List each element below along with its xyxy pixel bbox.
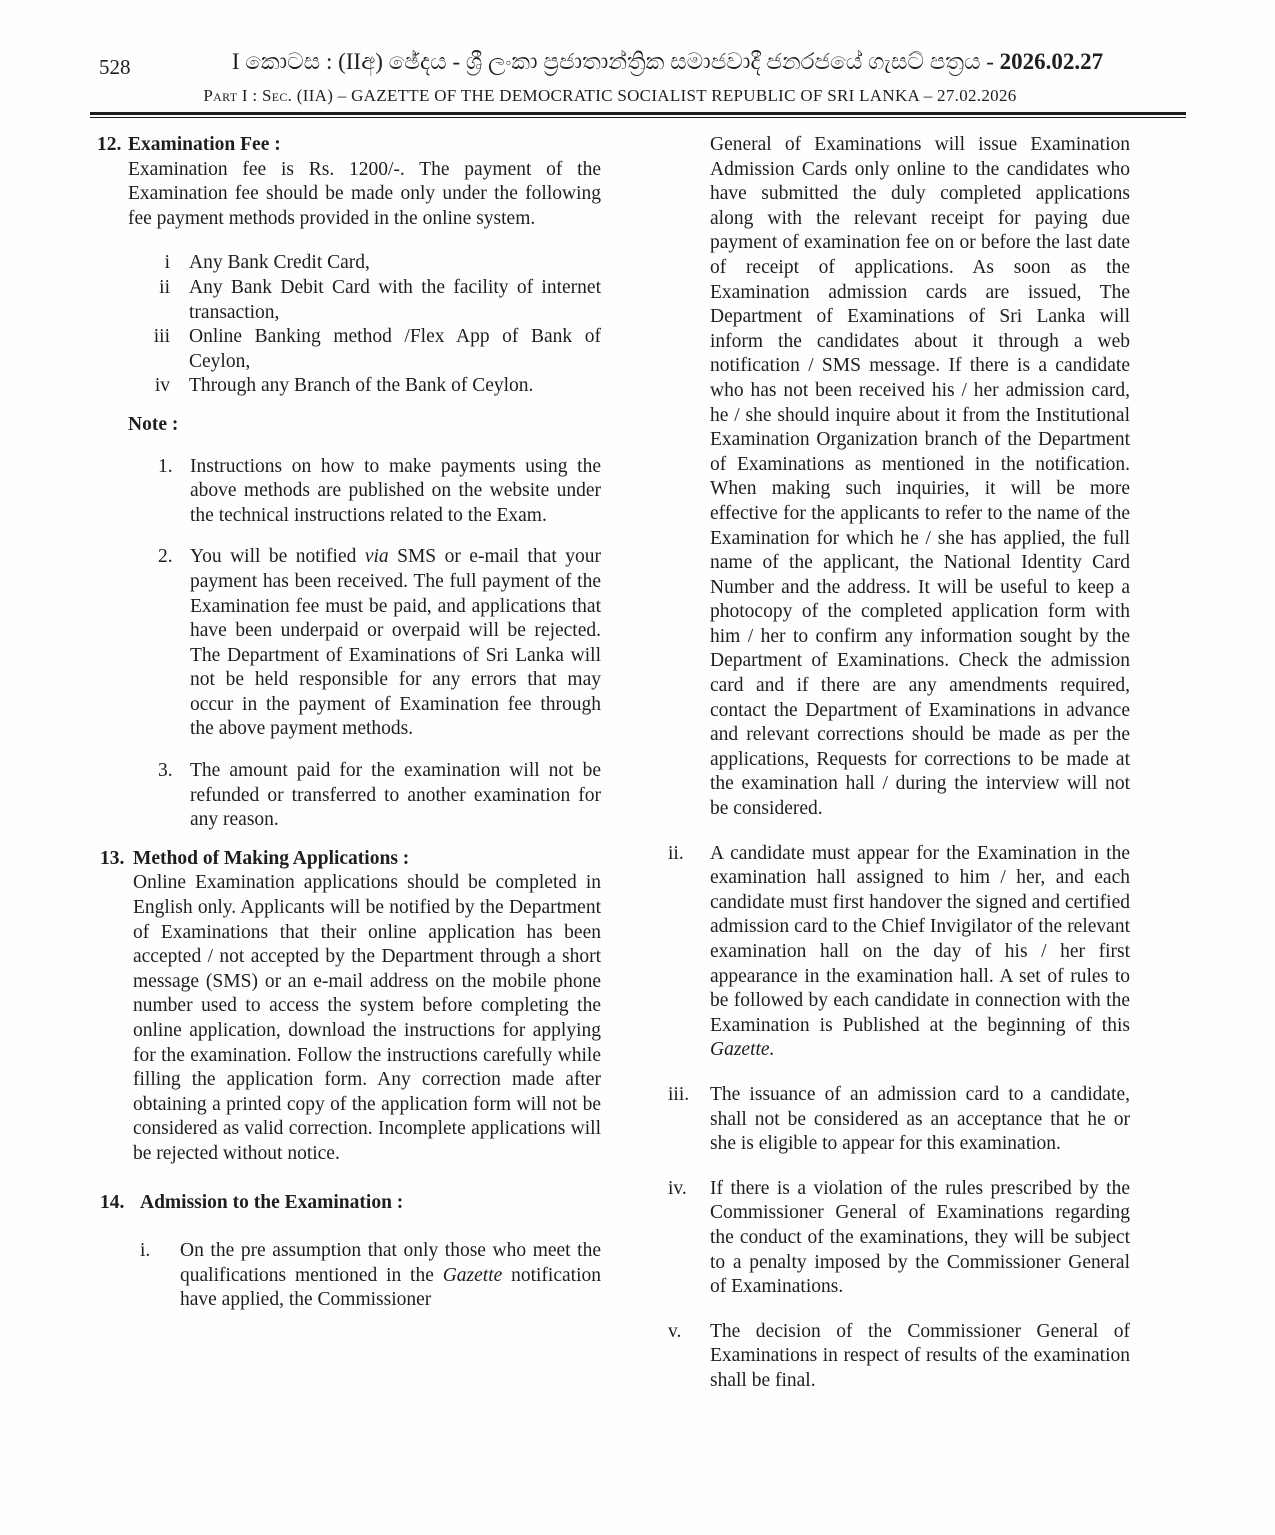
list-text: The decision of the Commissioner General… [710, 1320, 1130, 1394]
list-marker: ii [127, 276, 170, 301]
list-text: If there is a violation of the rules pre… [710, 1177, 1130, 1300]
note-marker: 3. [158, 759, 173, 784]
list-text: Through any Branch of the Bank of Ceylon… [189, 375, 533, 396]
list-marker: iv. [668, 1177, 687, 1202]
gazette-title-sinhala: I කොටස : (IIඅ) ඡේදය - ශ්‍රී ලංකා ප්‍රජාත… [120, 49, 1215, 75]
note-item: 1. Instructions on how to make payments … [97, 455, 601, 529]
note-text: Instructions on how to make payments usi… [190, 455, 601, 529]
list-marker: i. [140, 1239, 150, 1264]
list-marker: v. [668, 1320, 681, 1345]
header-double-rule [90, 112, 1186, 118]
italic-word: Gazette. [710, 1039, 774, 1060]
gazette-date-sinhala-line: 2026.02.27 [1000, 49, 1104, 74]
page-header: 528 I කොටස : (IIඅ) ඡේදය - ශ්‍රී ලංකා ප්‍… [0, 0, 1275, 132]
list-item: i Any Bank Credit Card, [97, 251, 601, 276]
list-text: A candidate must appear for the Examinat… [710, 842, 1130, 1063]
note-text: You will be notified via SMS or e-mail t… [190, 545, 601, 742]
list-item: iii Online Banking method /Flex App of B… [97, 325, 601, 374]
gazette-title-english: Part I : Sec. (IIA) – GAZETTE OF THE DEM… [0, 86, 1220, 106]
admission-item-iv: iv. If there is a violation of the rules… [668, 1177, 1130, 1300]
note-text-part: You will be notified [190, 546, 365, 567]
section-13-paragraph: Online Examination applications should b… [133, 871, 601, 1166]
italic-word: Gazette [443, 1265, 503, 1286]
section-12-title: Examination Fee : [128, 134, 281, 155]
list-text: Any Bank Credit Card, [189, 252, 370, 273]
note-marker: 1. [158, 455, 173, 480]
admission-item-i: i. On the pre assumption that only those… [97, 1239, 601, 1313]
list-marker: iii [127, 325, 170, 350]
list-text: Online Banking method /Flex App of Bank … [189, 326, 601, 372]
payment-methods-list: i Any Bank Credit Card, ii Any Bank Debi… [97, 251, 601, 399]
list-item: iv Through any Branch of the Bank of Cey… [97, 374, 601, 399]
list-text: On the pre assumption that only those wh… [180, 1239, 601, 1313]
italic-word: via [365, 546, 389, 567]
list-text: Any Bank Debit Card with the facility of… [189, 277, 601, 323]
section-12-number: 12. [97, 133, 121, 158]
section-12-paragraph: Examination fee is Rs. 1200/-. The payme… [128, 158, 601, 232]
list-marker: iii. [668, 1083, 689, 1108]
note-marker: 2. [158, 545, 173, 570]
admission-item-i-continuation: General of Examinations will issue Exami… [710, 133, 1130, 822]
list-item: ii Any Bank Debit Card with the facility… [97, 276, 601, 325]
note-text-part: SMS or e-mail that your payment has been… [190, 546, 601, 739]
admission-item-v: v. The decision of the Commissioner Gene… [668, 1320, 1130, 1394]
gazette-title-sinhala-text: I කොටස : (IIඅ) ඡේදය - ශ්‍රී ලංකා ප්‍රජාත… [232, 49, 1000, 74]
right-column: General of Examinations will issue Exami… [668, 133, 1130, 1394]
section-14-title: Admission to the Examination : [140, 1192, 403, 1213]
notes-list: 1. Instructions on how to make payments … [97, 455, 601, 833]
list-marker: ii. [668, 842, 684, 867]
admission-item-ii: ii. A candidate must appear for the Exam… [668, 842, 1130, 1063]
section-12-heading: 12. Examination Fee : [97, 133, 601, 158]
note-item: 3. The amount paid for the examination w… [97, 759, 601, 833]
section-14-number: 14. [100, 1191, 124, 1216]
gazette-page: 528 I කොටස : (IIඅ) ඡේදය - ශ්‍රී ලංකා ප්‍… [0, 0, 1275, 1535]
note-text: The amount paid for the examination will… [190, 759, 601, 833]
text-part: A candidate must appear for the Examinat… [710, 843, 1130, 1036]
list-text: The issuance of an admission card to a c… [710, 1083, 1130, 1157]
list-marker: i [127, 251, 170, 276]
admission-item-iii: iii. The issuance of an admission card t… [668, 1083, 1130, 1157]
note-heading: Note : [128, 413, 601, 438]
left-column: 12. Examination Fee : Examination fee is… [97, 133, 601, 1313]
section-13-heading: 13. Method of Making Applications : [97, 847, 601, 872]
section-13-title: Method of Making Applications : [133, 848, 409, 869]
list-marker: iv [127, 374, 170, 399]
note-item: 2. You will be notified via SMS or e-mai… [97, 545, 601, 742]
section-13-number: 13. [100, 847, 124, 872]
section-14-heading: 14. Admission to the Examination : [97, 1191, 601, 1216]
